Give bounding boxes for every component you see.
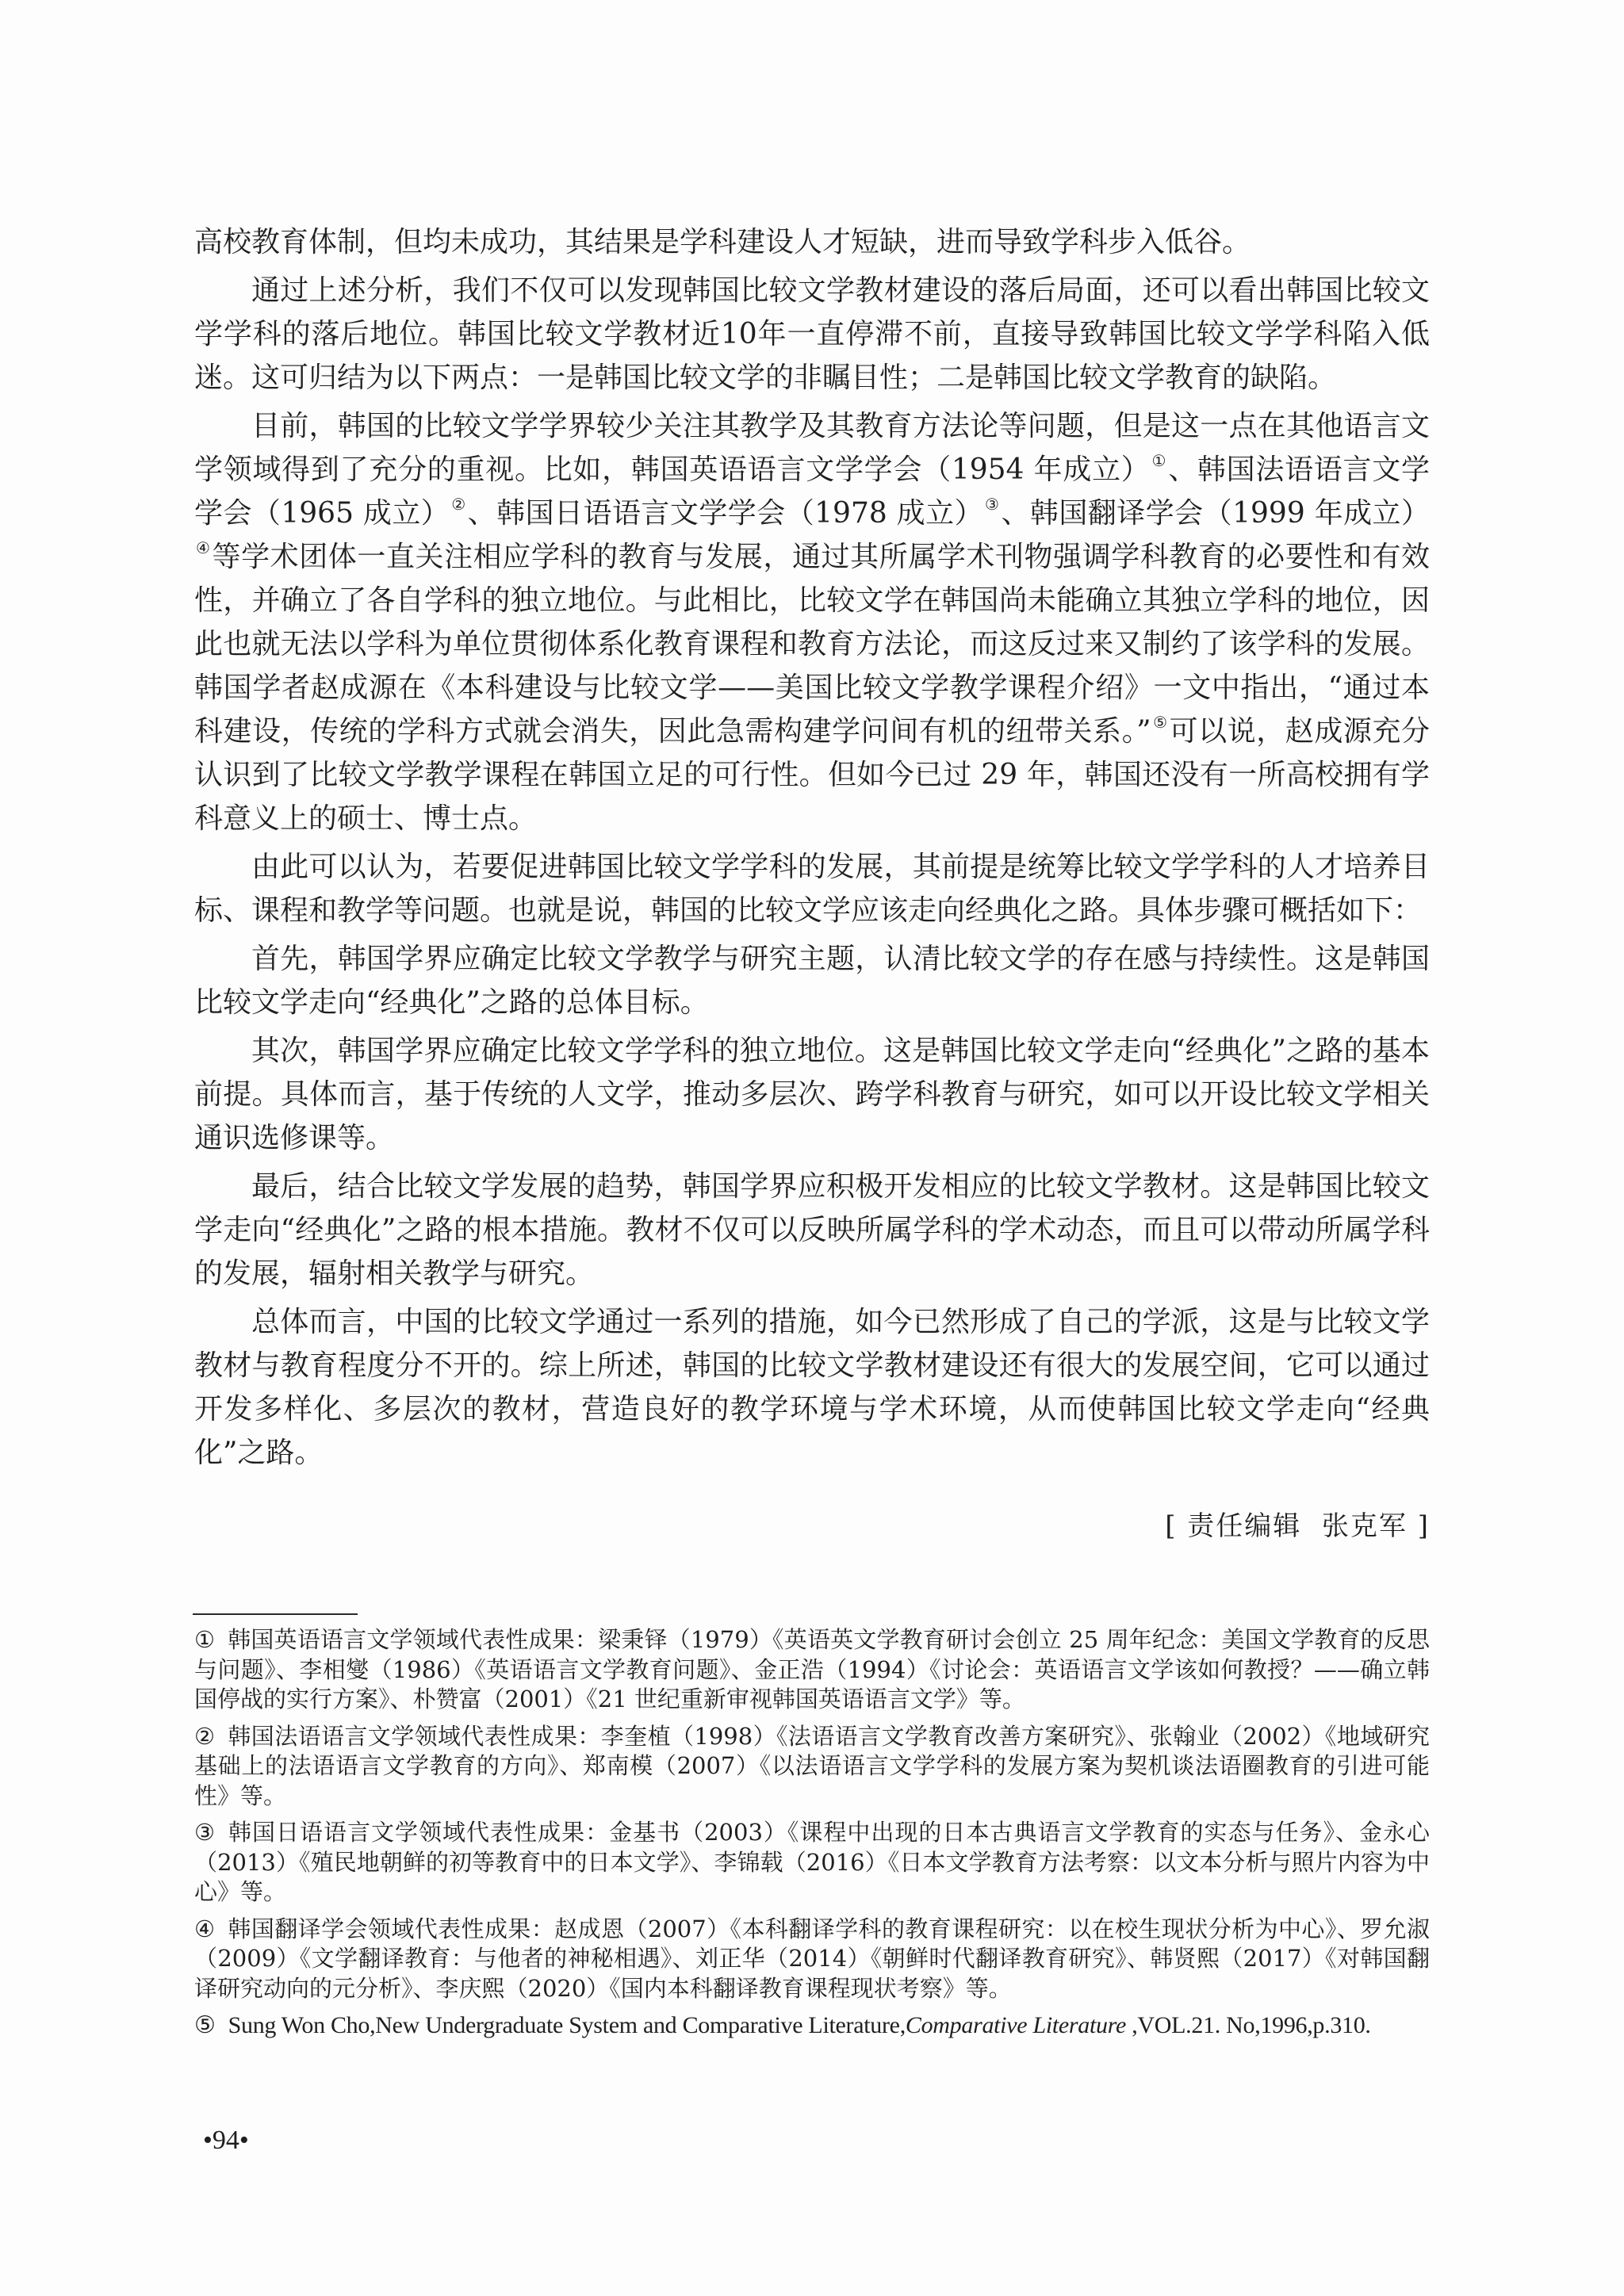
text-run: 高校教育体制，但均未成功，其结果是学科建设人才短缺，进而导致学科步入低谷。	[194, 226, 1251, 258]
text-run: 、韩国日语语言文学学会（1978 成立）	[468, 497, 983, 530]
footnote-text: Sung Won Cho,New Undergraduate System an…	[228, 2012, 1371, 2038]
italic-journal-title: Comparative Literature	[906, 2012, 1126, 2038]
footnote-text: 韩国法语语言文学领域代表性成果：李奎植（1998）《法语语言文学教育改善方案研究…	[194, 1723, 1430, 1809]
footnote-text: 韩国翻译学会领域代表性成果：赵成恩（2007）《本科翻译学科的教育课程研究：以在…	[194, 1915, 1430, 2002]
footnote-divider	[193, 1613, 358, 1615]
footnote-text: 韩国英语语言文学领域代表性成果：梁秉铎（1979）《英语英文学教育研讨会创立 2…	[194, 1626, 1430, 1712]
body-paragraph: 通过上述分析，我们不仅可以发现韩国比较文学教材建设的落后局面，还可以看出韩国比较…	[194, 269, 1430, 400]
footnote-number: ④	[194, 1915, 215, 1942]
text-run: 、韩国翻译学会（1999 年成立）	[1001, 497, 1430, 530]
footnote-item: ②韩国法语语言文学领域代表性成果：李奎植（1998）《法语语言文学教育改善方案研…	[194, 1722, 1430, 1812]
article-body: 高校教育体制，但均未成功，其结果是学科建设人才短缺，进而导致学科步入低谷。通过上…	[194, 220, 1430, 1479]
body-paragraph: 目前，韩国的比较文学学界较少关注其教学及其教育方法论等问题，但是这一点在其他语言…	[194, 404, 1430, 840]
body-paragraph: 总体而言，中国的比较文学通过一系列的措施，如今已然形成了自己的学派，这是与比较文…	[194, 1300, 1430, 1475]
text-run: 韩国英语语言文学领域代表性成果：梁秉铎（1979）《英语英文学教育研讨会创立 2…	[194, 1626, 1430, 1712]
text-run: 由此可以认为，若要促进韩国比较文学学科的发展，其前提是统筹比较文学学科的人才培养…	[194, 851, 1430, 927]
body-paragraph: 由此可以认为，若要促进韩国比较文学学科的发展，其前提是统筹比较文学学科的人才培养…	[194, 845, 1430, 932]
footnote-reference[interactable]: ④	[196, 538, 211, 557]
text-run: ,VOL.21. No,1996,p.310.	[1126, 2012, 1371, 2038]
footnote-item: ④韩国翻译学会领域代表性成果：赵成恩（2007）《本科翻译学科的教育课程研究：以…	[194, 1915, 1430, 2004]
text-run: 最后，结合比较文学发展的趋势，韩国学界应积极开发相应的比较文学教材。这是韩国比较…	[194, 1170, 1430, 1290]
body-paragraph: 首先，韩国学界应确定比较文学教学与研究主题，认清比较文学的存在感与持续性。这是韩…	[194, 937, 1430, 1024]
text-run: 韩国法语语言文学领域代表性成果：李奎植（1998）《法语语言文学教育改善方案研究…	[194, 1723, 1430, 1809]
footnote-number: ③	[194, 1819, 216, 1846]
text-run: 总体而言，中国的比较文学通过一系列的措施，如今已然形成了自己的学派，这是与比较文…	[194, 1306, 1430, 1469]
footnote-number: ⑤	[194, 2012, 216, 2038]
footnote-reference[interactable]: ①	[1152, 451, 1167, 470]
text-run: 韩国日语语言文学领域代表性成果：金基书（2003）《课程中出现的日本古典语言文学…	[194, 1819, 1430, 1905]
text-run: 韩国翻译学会领域代表性成果：赵成恩（2007）《本科翻译学科的教育课程研究：以在…	[194, 1915, 1430, 2002]
footnote-reference[interactable]: ③	[985, 495, 999, 514]
responsible-editor-note: [ 责任编辑 张克军 ]	[1165, 1509, 1430, 1544]
footnote-number: ①	[194, 1626, 215, 1653]
body-paragraph: 最后，结合比较文学发展的趋势，韩国学界应积极开发相应的比较文学教材。这是韩国比较…	[194, 1165, 1430, 1295]
footnote-item: ⑤Sung Won Cho,New Undergraduate System a…	[194, 2011, 1430, 2041]
text-run: 其次，韩国学界应确定比较文学学科的独立地位。这是韩国比较文学走向“经典化”之路的…	[194, 1035, 1430, 1154]
footnote-item: ①韩国英语语言文学领域代表性成果：梁秉铎（1979）《英语英文学教育研讨会创立 …	[194, 1625, 1430, 1715]
footnote-reference[interactable]: ②	[451, 495, 465, 514]
text-run: 首先，韩国学界应确定比较文学教学与研究主题，认清比较文学的存在感与持续性。这是韩…	[194, 943, 1430, 1019]
body-paragraph: 其次，韩国学界应确定比较文学学科的独立地位。这是韩国比较文学走向“经典化”之路的…	[194, 1029, 1430, 1160]
body-paragraph: 高校教育体制，但均未成功，其结果是学科建设人才短缺，进而导致学科步入低谷。	[194, 220, 1430, 264]
footnote-text: 韩国日语语言文学领域代表性成果：金基书（2003）《课程中出现的日本古典语言文学…	[194, 1819, 1430, 1905]
footnote-item: ③韩国日语语言文学领域代表性成果：金基书（2003）《课程中出现的日本古典语言文…	[194, 1818, 1430, 1908]
page-number: •94•	[203, 2125, 249, 2156]
footnote-number: ②	[194, 1723, 215, 1750]
footnote-reference[interactable]: ⑤	[1153, 713, 1168, 732]
footnotes-section: ①韩国英语语言文学领域代表性成果：梁秉铎（1979）《英语英文学教育研讨会创立 …	[194, 1625, 1430, 2048]
journal-page: 高校教育体制，但均未成功，其结果是学科建设人才短缺，进而导致学科步入低谷。通过上…	[0, 0, 1624, 2296]
text-run: Sung Won Cho,New Undergraduate System an…	[228, 2012, 906, 2038]
text-run: 通过上述分析，我们不仅可以发现韩国比较文学教材建设的落后局面，还可以看出韩国比较…	[194, 274, 1430, 394]
